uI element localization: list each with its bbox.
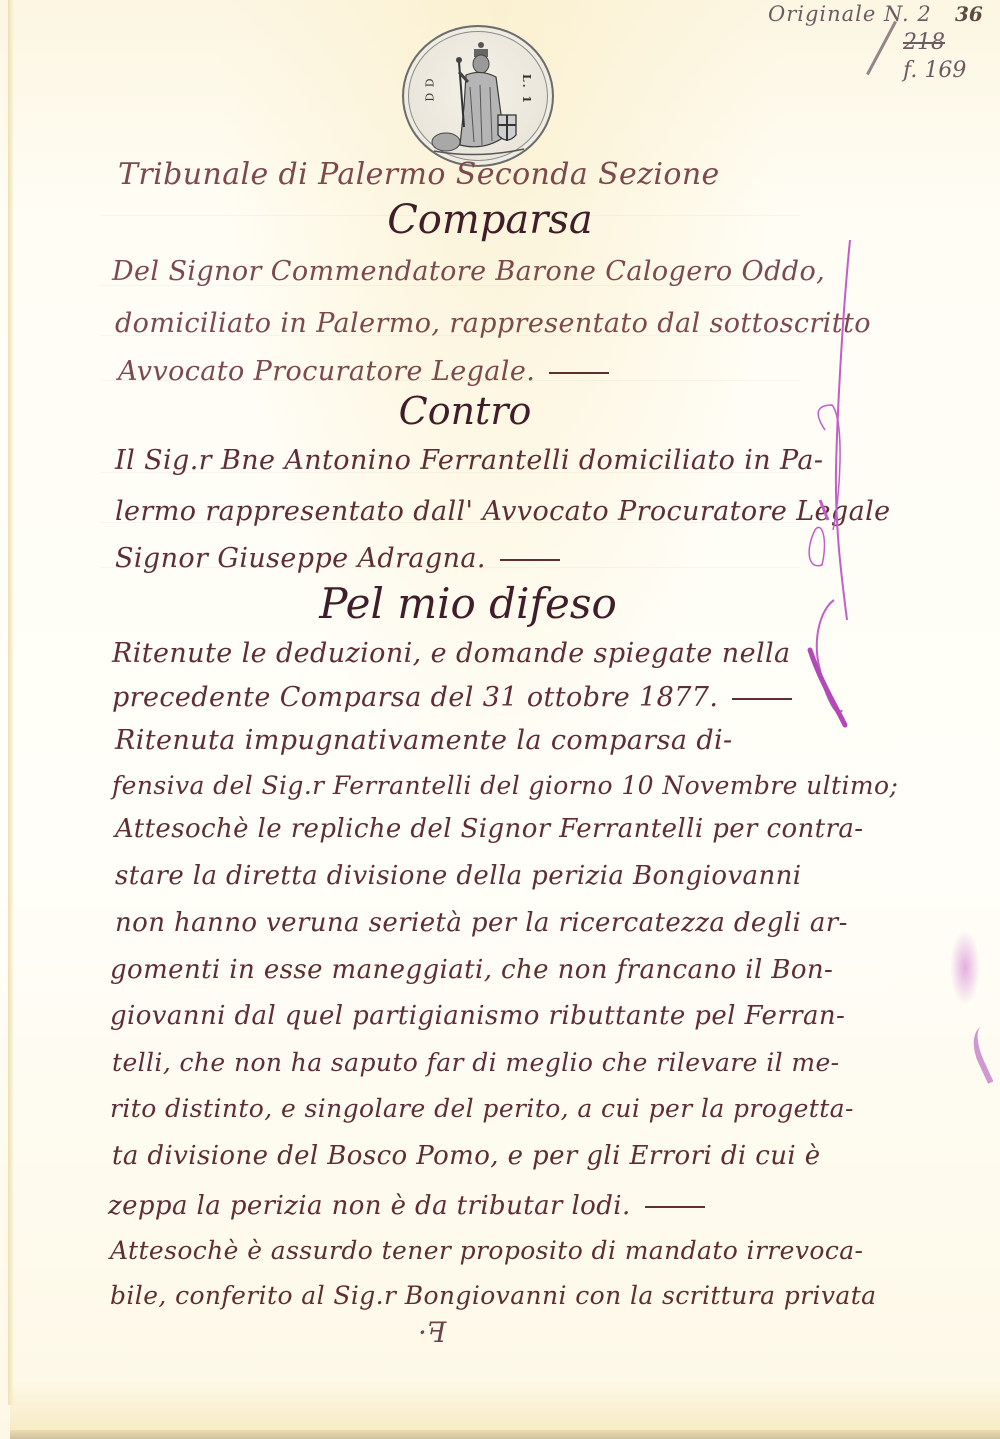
- strike-slash: [866, 21, 897, 75]
- line-dash: [500, 559, 560, 561]
- paper-shade-bottom: [10, 1380, 1000, 1430]
- italia-turrita-seal-icon: D D L. 1: [402, 25, 554, 167]
- purple-signature-icon: [790, 200, 870, 764]
- plaintiff-line-1: Del Signor Commendatore Barone Calogero …: [112, 258, 802, 285]
- archival-original-label: Originale N. 2: [768, 2, 932, 26]
- body-line-6: stare la diretta divisione della perizia…: [115, 863, 805, 889]
- court-name: Tribunale di Palermo Seconda Sezione: [118, 160, 808, 190]
- line-dash: [732, 698, 792, 700]
- body-line-12: ta divisione del Bosco Pomo, e per gli E…: [112, 1143, 802, 1169]
- manuscript-page: Originale N. 2 36 218 f. 169: [0, 0, 1000, 1439]
- body-line-7: non hanno veruna serietà per la ricercat…: [115, 910, 805, 936]
- body-line-2-text: precedente Comparsa del 31 ottobre 1877.: [112, 682, 718, 713]
- seal-right-inscription: L. 1: [520, 74, 533, 105]
- line-dash: [549, 372, 609, 374]
- signature-stroke-icon: [790, 200, 870, 760]
- paper-edge-bottom: [10, 1430, 1000, 1439]
- body-line-2: precedente Comparsa del 31 ottobre 1877.: [112, 684, 802, 711]
- body-line-11: rito distinto, e singolare del perito, a…: [110, 1096, 800, 1121]
- body-line-14: Attesochè è assurdo tener proposito di m…: [110, 1238, 800, 1263]
- archival-folio: f. 169: [903, 58, 966, 83]
- archival-struck-number: 218: [903, 30, 945, 55]
- defendant-line-2: lermo rappresentato dall' Avvocato Procu…: [115, 498, 805, 525]
- plaintiff-line-3: Avvocato Procuratore Legale.: [118, 358, 808, 385]
- plaintiff-line-3-text: Avvocato Procuratore Legale.: [118, 356, 535, 387]
- body-line-10: telli, che non ha saputo far di meglio c…: [112, 1050, 802, 1075]
- body-line-13: zeppa la perizia non è da tributar lodi.: [108, 1193, 798, 1219]
- body-line-13-text: zeppa la perizia non è da tributar lodi.: [108, 1191, 631, 1221]
- plaintiff-line-2: domiciliato in Palermo, rappresentato da…: [115, 310, 805, 337]
- seal-left-inscription: D D: [424, 77, 437, 101]
- defendant-line-1: Il Sig.r Bne Antonino Ferrantelli domici…: [115, 447, 805, 474]
- ink-stain: [950, 930, 980, 1005]
- body-line-15: bile, conferito al Sig.r Bongiovanni con…: [110, 1283, 800, 1308]
- defendant-line-3: Signor Giuseppe Adragna.: [115, 545, 805, 572]
- body-line-1: Ritenute le deduzioni, e domande spiegat…: [112, 640, 802, 667]
- body-line-8: gomenti in esse maneggiati, che non fran…: [110, 957, 800, 983]
- ink-stroke-fragment: [965, 1021, 1000, 1084]
- defendant-line-3-text: Signor Giuseppe Adragna.: [115, 543, 486, 574]
- body-line-9: giovanni dal quel partigianismo ributtan…: [110, 1003, 800, 1029]
- archival-document-number: 36: [955, 2, 983, 26]
- body-line-3: Ritenuta impugnativamente la comparsa di…: [115, 727, 805, 754]
- line-dash: [645, 1206, 705, 1208]
- body-line-5: Attesochè le repliche del Signor Ferrant…: [115, 816, 805, 842]
- body-line-4: fensiva del Sig.r Ferrantelli del giorno…: [112, 773, 802, 798]
- closing-flourish-icon: ·ꟻ: [418, 1316, 446, 1349]
